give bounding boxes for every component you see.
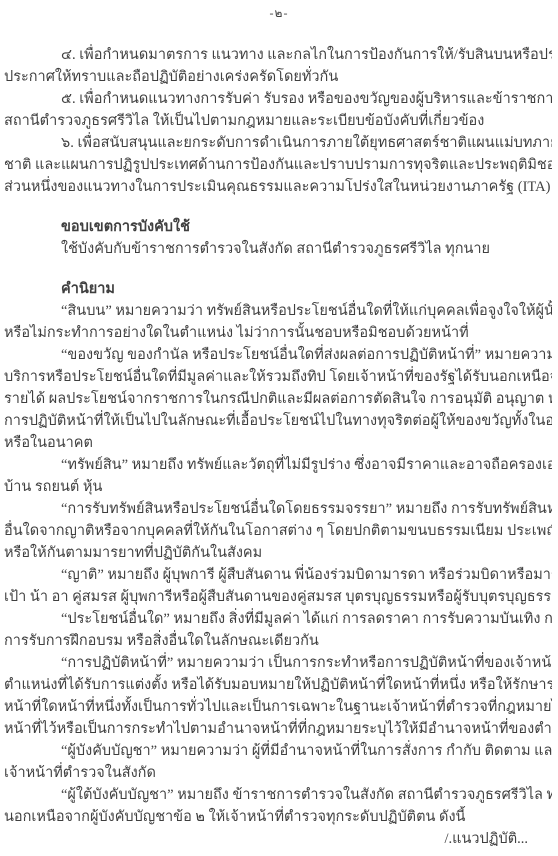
continuation-mark: /.แนวปฏิบัติ...: [4, 828, 552, 850]
doc-line: “การรับทรัพย์สินหรือประโยชน์อื่นใดโดยธรร…: [4, 498, 552, 520]
doc-line: หรือไม่กระทำการอย่างใดในตำแหน่ง ไม่ว่ากา…: [4, 322, 552, 344]
doc-line: ๖. เพื่อสนับสนุนและยกระดับการดำเนินการภา…: [4, 132, 552, 154]
doc-line: “ผู้ใต้บังคับบัญชา” หมายถึง ข้าราชการตำร…: [4, 784, 552, 806]
doc-line: เจ้าหน้าที่ตำรวจในสังกัด: [4, 762, 552, 784]
doc-line: ใช้บังคับกับข้าราชการตำรวจในสังกัด สถานี…: [4, 238, 552, 260]
page-number: -๒-: [0, 0, 558, 21]
doc-line: สถานีตำรวจภูธรศรีวิไล ให้เป็นไปตามกฎหมาย…: [4, 110, 552, 132]
doc-line: รายได้ ผลประโยชน์จากราชการในกรณีปกติและม…: [4, 388, 552, 410]
doc-line: ๕. เพื่อกำหนดแนวทางการรับค่า รับรอง หรือ…: [4, 88, 552, 110]
doc-line: “ผู้บังคับบัญชา” หมายความว่า ผู้ที่มีอำน…: [4, 740, 552, 762]
doc-line: หน้าที่ใดหน้าที่หนึ่งทั้งเป็นการทั่วไปแล…: [4, 696, 552, 718]
doc-line: การรับการฝึกอบรม หรือสิ่งอื่นใดในลักษณะเ…: [4, 630, 552, 652]
blank-line: [4, 198, 552, 216]
doc-line: หน้าที่ไว้หรือเป็นการกระทำไปตามอำนาจหน้า…: [4, 718, 552, 740]
doc-line: เป้า น้า อา คู่สมรส ผู้บุพการีหรือผู้สืบ…: [4, 586, 552, 608]
doc-line: นอกเหนือจากผู้บังคับบัญชาข้อ ๒ ให้เจ้าหน…: [4, 806, 552, 828]
section-heading-definitions: คำนิยาม: [4, 278, 552, 300]
doc-line: “ประโยชน์อื่นใด” หมายถึง สิ่งที่มีมูลค่า…: [4, 608, 552, 630]
blank-line: [4, 260, 552, 278]
doc-line: ๔. เพื่อกำหนดมาตรการ แนวทาง และกลไกในการ…: [4, 44, 552, 66]
document-body: ๔. เพื่อกำหนดมาตรการ แนวทาง และกลไกในการ…: [0, 21, 558, 850]
doc-line: บ้าน รถยนต์ หุ้น: [4, 476, 552, 498]
section-heading-scope: ขอบเขตการบังคับใช้: [4, 216, 552, 238]
doc-line: “การปฏิบัติหน้าที่” หมายความว่า เป็นการก…: [4, 652, 552, 674]
doc-line: ส่วนหนึ่งของแนวทางในการประเมินคุณธรรมและ…: [4, 176, 552, 198]
doc-line: การปฏิบัติหน้าที่ให้เป็นไปในลักษณะที่เอื…: [4, 410, 552, 432]
doc-line: ประกาศให้ทราบและถือปฏิบัติอย่างเคร่งครัด…: [4, 66, 552, 88]
doc-line: “ญาติ” หมายถึง ผู้บุพการี ผู้สืบสันดาน พ…: [4, 564, 552, 586]
doc-line: “ของขวัญ ของกำนัล หรือประโยชน์อื่นใดที่ส…: [4, 344, 552, 366]
doc-line: หรือให้กันตามมารยาทที่ปฏิบัติกันในสังคม: [4, 542, 552, 564]
doc-line: “ทรัพย์สิน” หมายถึง ทรัพย์และวัตถุที่ไม่…: [4, 454, 552, 476]
doc-line: บริการหรือประโยชน์อื่นใดที่มีมูลค่าและให…: [4, 366, 552, 388]
document-page: -๒- ๔. เพื่อกำหนดมาตรการ แนวทาง และกลไกใ…: [0, 0, 558, 856]
doc-line: หรือในอนาคต: [4, 432, 552, 454]
doc-line: ตำแหน่งที่ได้รับการแต่งตั้ง หรือได้รับมอ…: [4, 674, 552, 696]
doc-line: ชาติ และแผนการปฏิรูปประเทศด้านการป้องกัน…: [4, 154, 552, 176]
doc-line: อื่นใดจากญาติหรือจากบุคคลที่ให้กันในโอกา…: [4, 520, 552, 542]
doc-line: “สินบน” หมายความว่า ทรัพย์สินหรือประโยชน…: [4, 300, 552, 322]
